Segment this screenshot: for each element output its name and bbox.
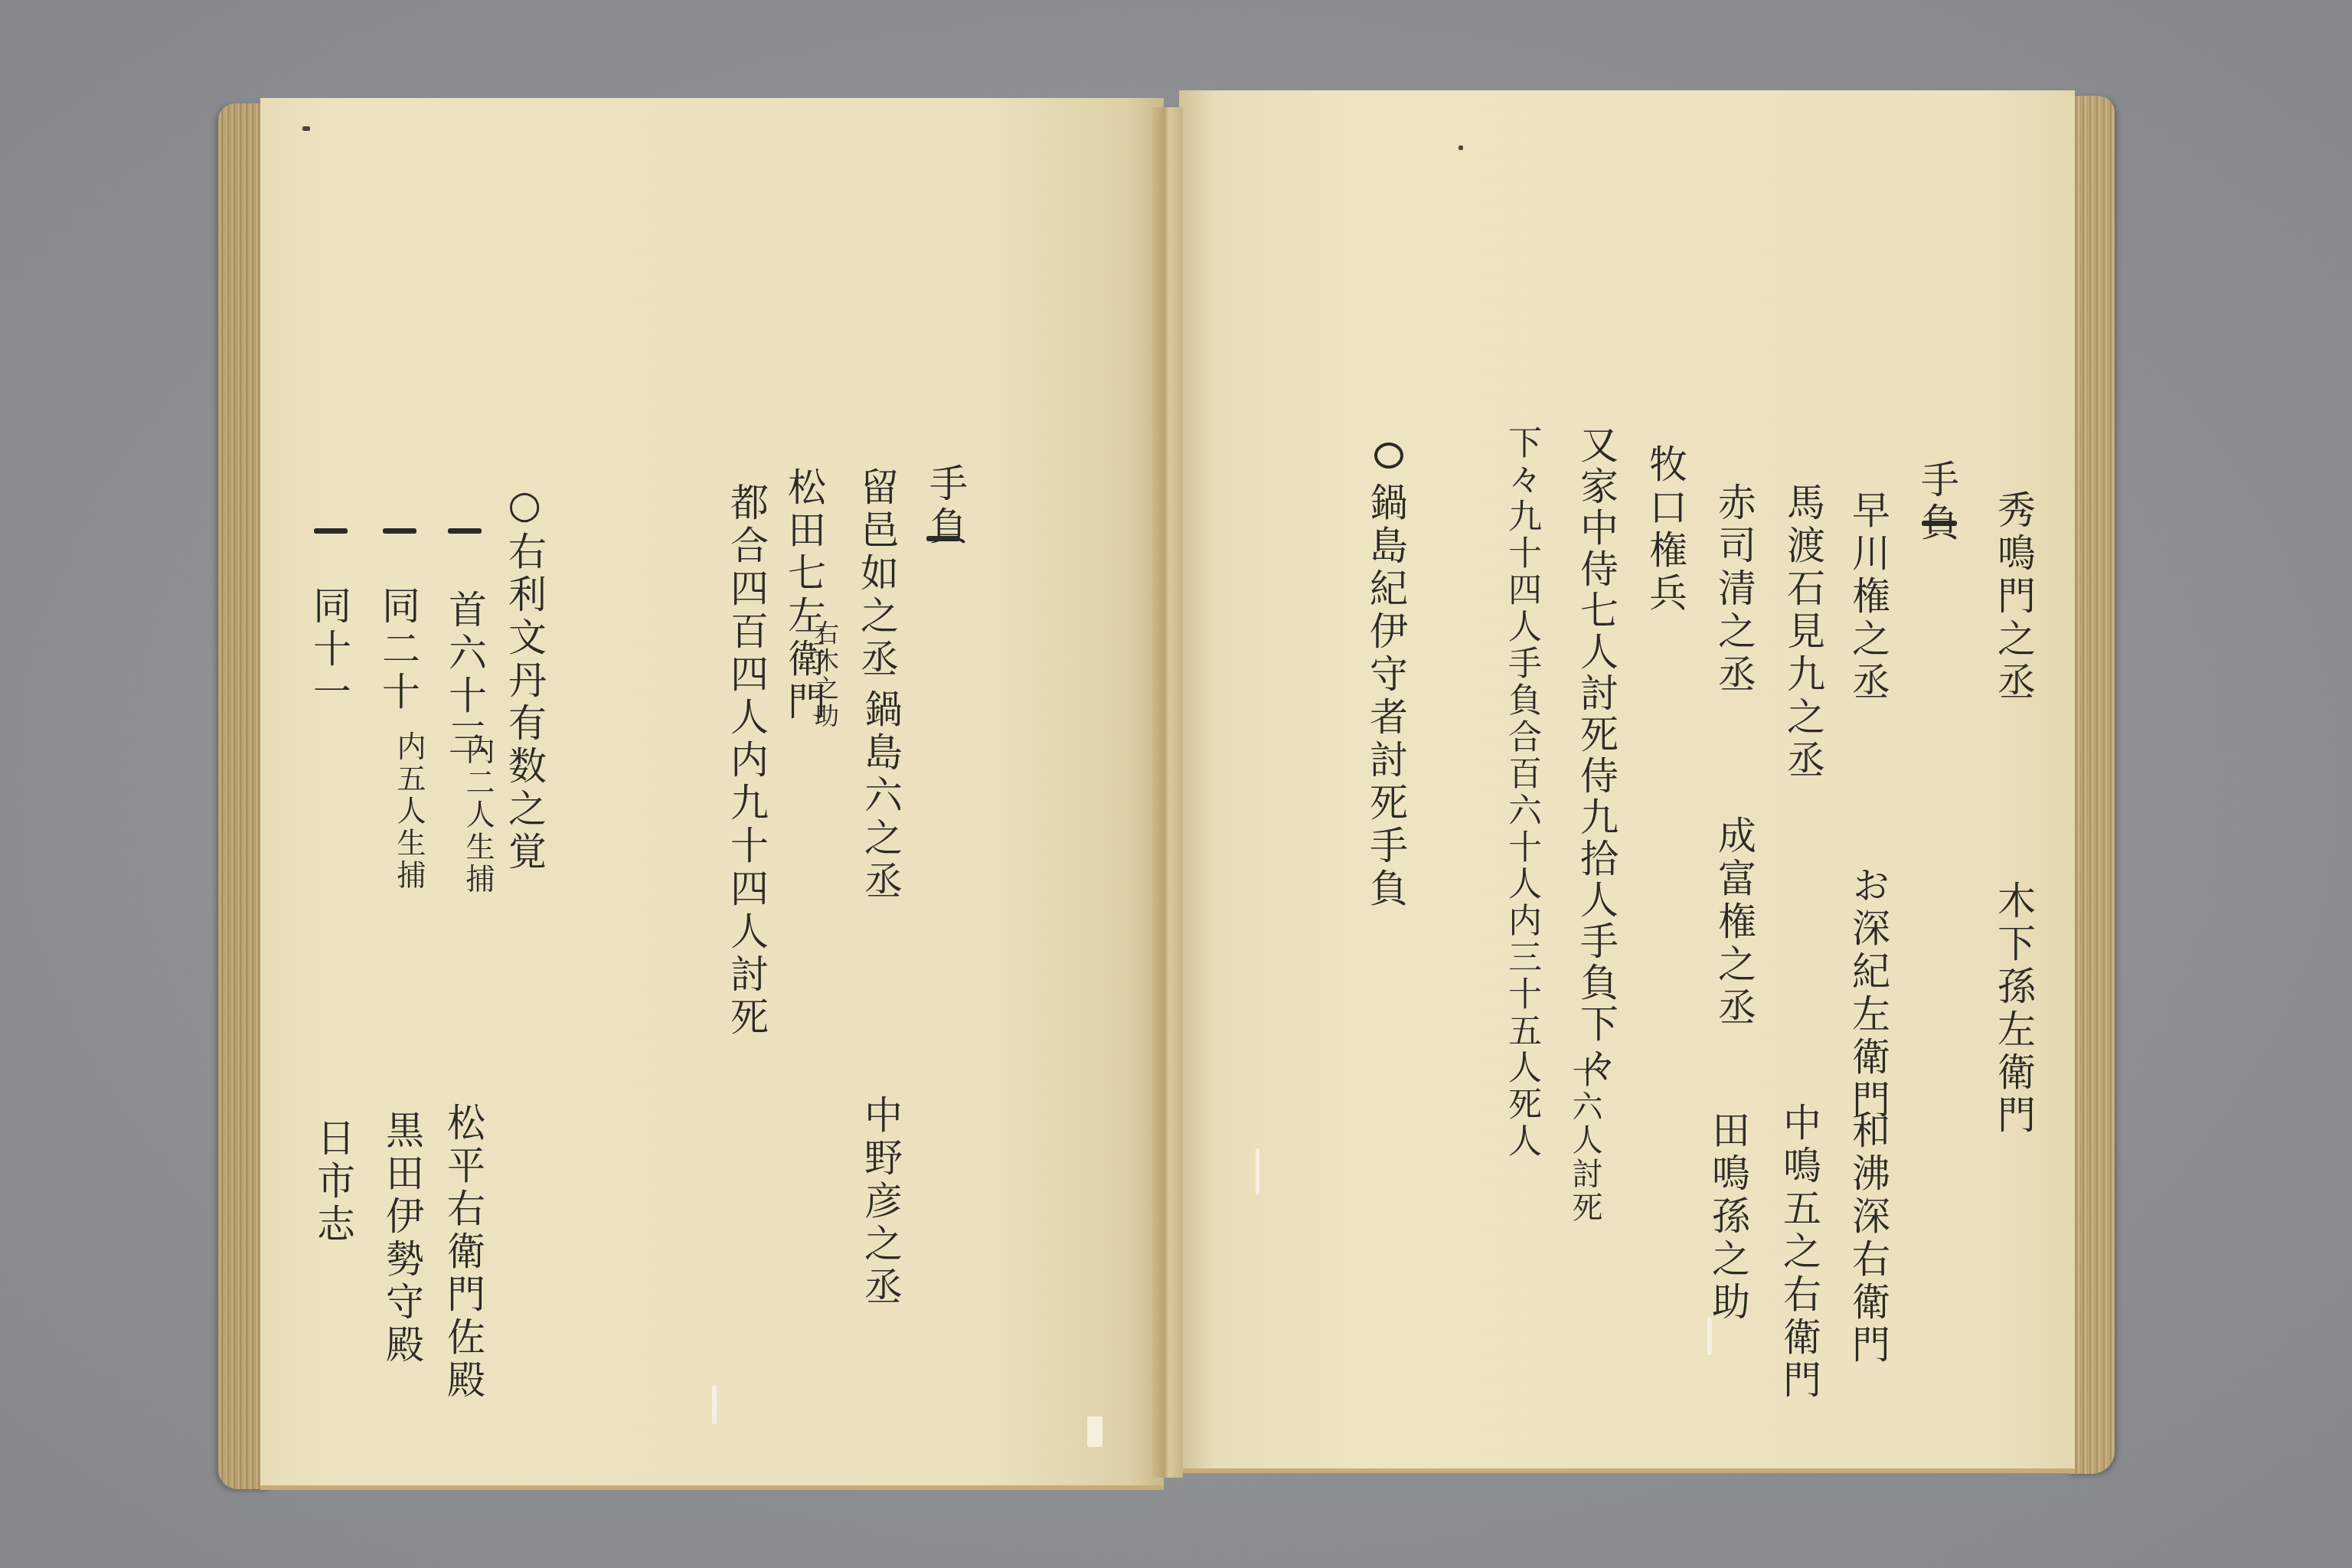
text-column: 赤司清之丞 bbox=[1715, 482, 1753, 697]
text-column: 手負 bbox=[1918, 459, 1956, 545]
text-column: お深紀左衛門 bbox=[1849, 865, 1887, 1122]
ink-speck bbox=[302, 126, 310, 131]
text-column: 手負 bbox=[926, 463, 965, 549]
text-column: 都合四百四人内九十四人討死 bbox=[727, 482, 766, 1040]
text-column-small: 内二人生捕 bbox=[463, 735, 492, 896]
text-column: 木下孫左衛門 bbox=[1994, 880, 2033, 1138]
paper-damage bbox=[1256, 1148, 1259, 1194]
text-column: 十六人討死 bbox=[1570, 1057, 1600, 1225]
text-column: 同二十 bbox=[379, 586, 417, 714]
text-column: 成富権之丞 bbox=[1715, 815, 1753, 1030]
ichi-item-mark bbox=[314, 528, 348, 534]
text-column: 留邑如之丞 bbox=[857, 467, 896, 681]
open-book: 手負 秀鳴門之丞 木下孫左衛門 早川権之丞 お深紀左衛門 和沸深右衛門 馬渡石見… bbox=[0, 0, 2352, 1568]
text-column: 中鳴五之右衛門 bbox=[1780, 1102, 1818, 1403]
text-column: 下々九十四人手負合百六十人内三十五人死人 bbox=[1504, 425, 1538, 1160]
text-column: 又家中侍七人討死侍九拾人手負下々 bbox=[1577, 425, 1615, 1086]
text-column: ○右利文丹有数之覚 bbox=[505, 482, 544, 874]
text-column: 和沸深右衛門 bbox=[1849, 1110, 1887, 1367]
text-column: 田鳴孫之助 bbox=[1709, 1110, 1747, 1325]
text-column: 牧口権兵 bbox=[1646, 444, 1684, 616]
circle-mark bbox=[1374, 443, 1403, 469]
paper-damage bbox=[712, 1386, 717, 1424]
ink-speck bbox=[1459, 145, 1463, 150]
text-column-small: 内五人生捕 bbox=[394, 731, 423, 892]
text-column: 黒田伊勢守殿 bbox=[383, 1110, 421, 1367]
text-column: 秀鳴門之丞 bbox=[1994, 490, 2033, 704]
ichi-item-mark bbox=[448, 528, 482, 534]
text-column: 早川権之丞 bbox=[1849, 490, 1887, 704]
text-column: 松平右衛門佐殿 bbox=[444, 1102, 482, 1403]
text-column: 同十一 bbox=[310, 586, 348, 714]
text-column: 日市志 bbox=[314, 1118, 352, 1246]
ichi-item-mark bbox=[383, 528, 416, 534]
text-column-small: 右木之助 bbox=[813, 620, 838, 730]
paper-damage bbox=[1087, 1416, 1102, 1447]
book-gutter bbox=[1152, 107, 1183, 1478]
text-column: 馬渡石見九之丞 bbox=[1784, 482, 1822, 782]
text-column: 中野彦之丞 bbox=[861, 1095, 900, 1309]
text-column: 鍋島六之丞 bbox=[861, 689, 900, 903]
right-page bbox=[1179, 90, 2075, 1473]
text-column: 鍋島紀伊守者討死手負 bbox=[1367, 482, 1405, 911]
